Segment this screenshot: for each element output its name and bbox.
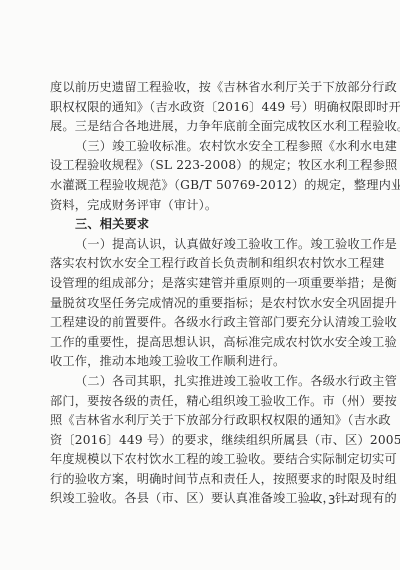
- body-line: 量脱贫攻坚任务完成情况的重要指标；是农村饮水安全巩固提升: [50, 294, 352, 314]
- requirement-2: （二）各司其职，扎实推进竣工验收工作。各级水行政主管: [50, 372, 352, 392]
- body-line: 部门，要按各级的责任，精心组织竣工验收工作。市（州）要按: [50, 392, 352, 412]
- page-number: — 3 —: [308, 493, 357, 507]
- body-line: 年度规模以下农村饮水工程的竣工验收。要结合实际制定切实可: [50, 450, 352, 470]
- body-line: 职权权限的通知》（吉水政资〔2016〕449 号）明确权限即时开: [50, 98, 352, 118]
- document-page: 度以前历史遗留工程验收，按《吉林省水利厅关于下放部分行政 职权权限的通知》（吉水…: [50, 78, 352, 509]
- body-line: 设工程验收规程》（SL 223-2008）的规定；牧区水利工程参照《节: [50, 156, 352, 176]
- body-line: 资〔2016〕449 号）的要求，继续组织所属县（市、区）2005-2013: [50, 431, 352, 451]
- body-line: 织竣工验收。各县（市、区）要认真准备竣工验收，针对现有的: [50, 489, 352, 509]
- section-3-standard: （三）竣工验收标准。农村饮水安全工程参照《水利水电建: [50, 137, 352, 157]
- body-line: 设管理的组成部分；是落实建管并重原则的一项重要举措；是衡: [50, 274, 352, 294]
- section-heading-requirements: 三、相关要求: [50, 215, 352, 235]
- body-line: 行的验收方案，明确时间节点和责任人，按照要求的时限及时组: [50, 470, 352, 490]
- body-line: 收工作，推动本地竣工验收工作顺利进行。: [50, 352, 352, 372]
- body-line: 展。三是结合各地进展，力争年底前全面完成牧区水利工程验收。: [50, 117, 352, 137]
- body-line: 工程建设的前置要件。各级水行政主管部门要充分认清竣工验收: [50, 313, 352, 333]
- body-line: 资料，完成财务评审（审计）。: [50, 196, 352, 216]
- body-line: 落实农村饮水安全工程行政首长负责制和组织农村饮水工程建: [50, 254, 352, 274]
- body-line: 照《吉林省水利厅关于下放部分行政职权权限的通知》（吉水政: [50, 411, 352, 431]
- body-line: 工作的重要性，提高思想认识，高标准完成农村饮水安全竣工验: [50, 333, 352, 353]
- body-line: 水灌溉工程验收规范》（GB/T 50769-2012）的规定，整理内业: [50, 176, 352, 196]
- body-line: 度以前历史遗留工程验收，按《吉林省水利厅关于下放部分行政: [50, 78, 352, 98]
- requirement-1: （一）提高认识，认真做好竣工验收工作。竣工验收工作是: [50, 235, 352, 255]
